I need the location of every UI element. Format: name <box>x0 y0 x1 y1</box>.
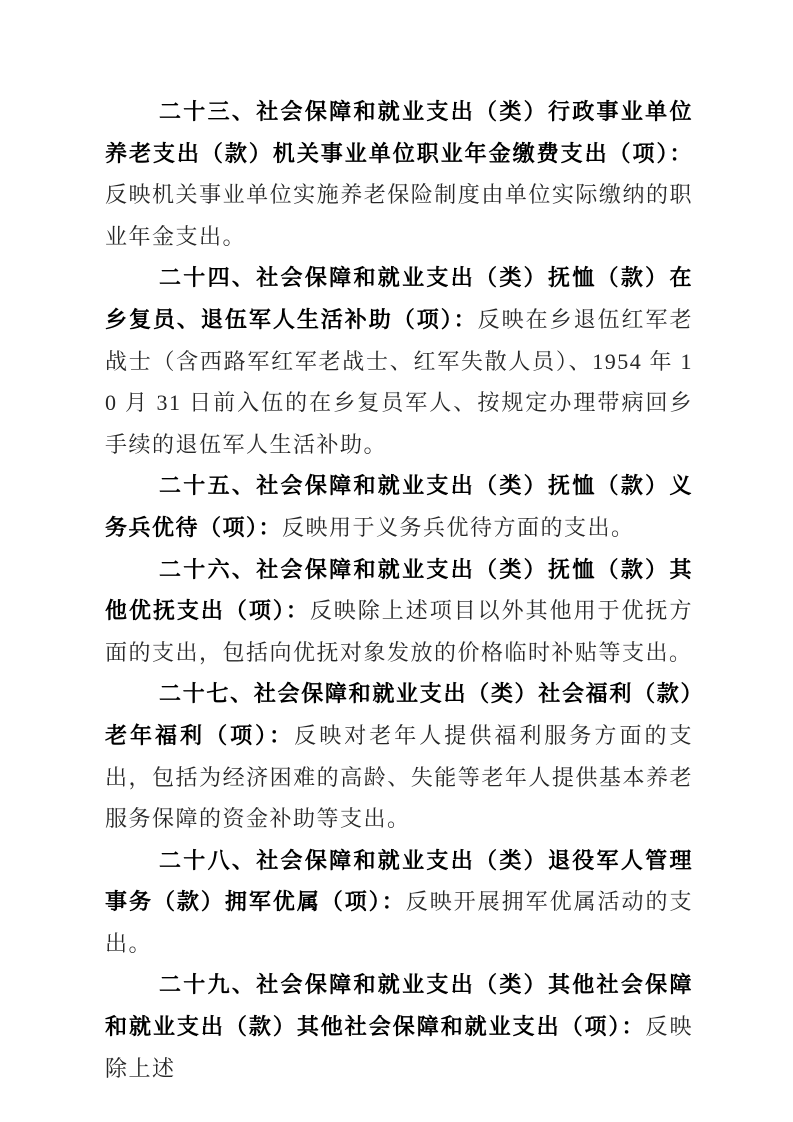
paragraph-clause-28: 二十八、社会保障和就业支出（类）退役军人管理事务（款）拥军优属（项）：反映开展拥… <box>105 840 693 965</box>
paragraph-clause-29: 二十九、社会保障和就业支出（类）其他社会保障和就业支出（款）其他社会保障和就业支… <box>105 964 693 1089</box>
paragraph-clause-27: 二十七、社会保障和就业支出（类）社会福利（款）老年福利（项）：反映对老年人提供福… <box>105 673 693 839</box>
paragraph-clause-25: 二十五、社会保障和就业支出（类）抚恤（款）义务兵优待（项）：反映用于义务兵优待方… <box>105 465 693 548</box>
clause-23-heading: 二十三、社会保障和就业支出（类）行政事业单位养老支出（款）机关事业单位职业年金缴… <box>105 99 693 166</box>
document-page: 二十三、社会保障和就业支出（类）行政事业单位养老支出（款）机关事业单位职业年金缴… <box>0 0 793 1122</box>
paragraph-clause-24: 二十四、社会保障和就业支出（类）抚恤（款）在乡复员、退伍军人生活补助（项）：反映… <box>105 257 693 465</box>
paragraph-clause-23: 二十三、社会保障和就业支出（类）行政事业单位养老支出（款）机关事业单位职业年金缴… <box>105 91 693 257</box>
paragraph-clause-26: 二十六、社会保障和就业支出（类）抚恤（款）其他优抚支出（项）：反映除上述项目以外… <box>105 549 693 674</box>
clause-25-body: 反映用于义务兵优待方面的支出。 <box>282 515 635 540</box>
clause-23-body: 反映机关事业单位实施养老保险制度由单位实际缴纳的职业年金支出。 <box>105 182 693 249</box>
clause-29-heading: 二十九、社会保障和就业支出（类）其他社会保障和就业支出（款）其他社会保障和就业支… <box>105 972 693 1039</box>
